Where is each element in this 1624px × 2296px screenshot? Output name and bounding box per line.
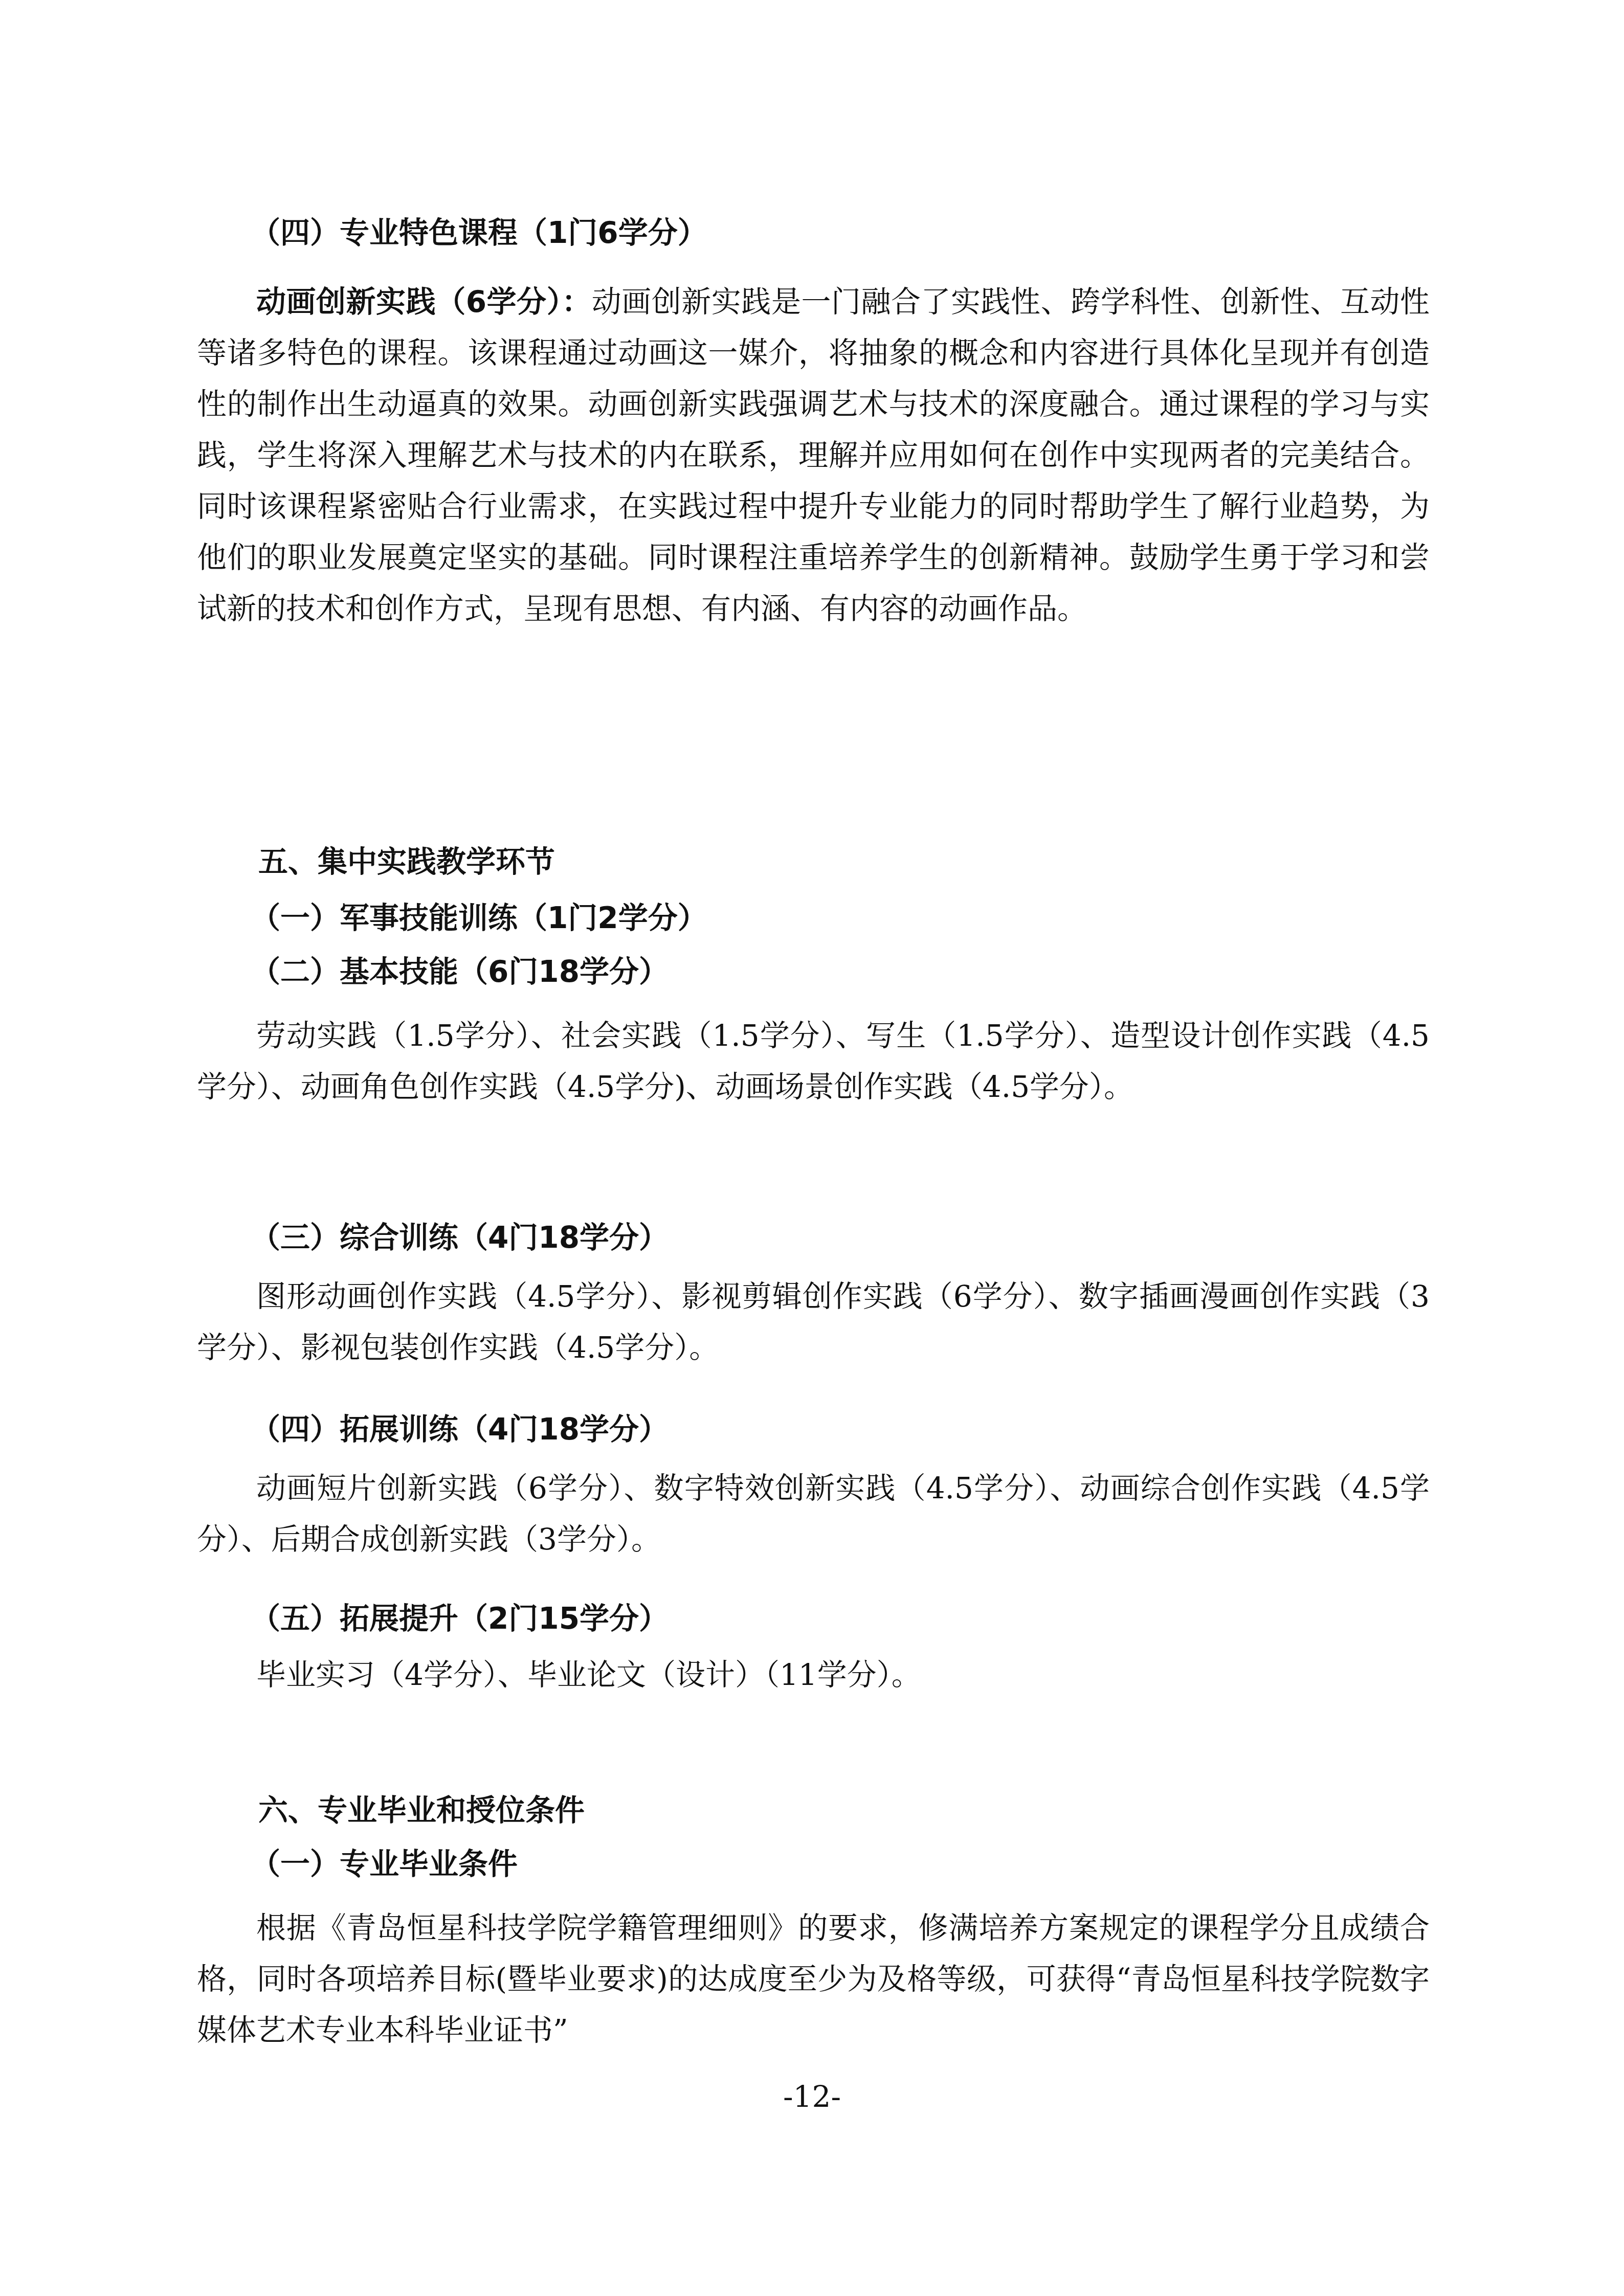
heading-section-five: 五、集中实践教学环节 xyxy=(258,841,555,882)
page-number: -12- xyxy=(0,2076,1624,2117)
paragraph-extension-training: 动画短片创新实践（6学分）、数字特效创新实践（4.5学分）、动画综合创作实践（4… xyxy=(197,1462,1430,1565)
heading-special-course: （四）专业特色课程（1门6学分） xyxy=(251,212,707,253)
paragraph-basic-skills: 劳动实践（1.5学分）、社会实践（1.5学分）、写生（1.5学分）、造型设计创作… xyxy=(197,1010,1430,1112)
heading-military-training: （一）军事技能训练（1门2学分） xyxy=(251,897,707,938)
document-page: （四）专业特色课程（1门6学分） 动画创新实践（6学分）：动画创新实践是一门融合… xyxy=(0,0,1624,2296)
paragraph-extension-improvement: 毕业实习（4学分）、毕业论文（设计）（11学分）。 xyxy=(197,1649,1430,1700)
heading-section-six: 六、专业毕业和授位条件 xyxy=(258,1790,585,1831)
course-name-label: 动画创新实践（6学分）： xyxy=(256,284,592,319)
heading-extension-training: （四）拓展训练（4门18学分） xyxy=(251,1409,669,1450)
paragraph-graduation-conditions: 根据《青岛恒星科技学院学籍管理细则》的要求，修满培养方案规定的课程学分且成绩合格… xyxy=(197,1902,1430,2056)
heading-graduation-conditions: （一）专业毕业条件 xyxy=(251,1843,518,1884)
heading-extension-improvement: （五）拓展提升（2门15学分） xyxy=(251,1598,669,1639)
paragraph-comprehensive-training: 图形动画创作实践（4.5学分）、影视剪辑创作实践（6学分）、数字插画漫画创作实践… xyxy=(197,1271,1430,1373)
paragraph-animation-innovation: 动画创新实践（6学分）：动画创新实践是一门融合了实践性、跨学科性、创新性、互动性… xyxy=(197,276,1430,634)
heading-comprehensive-training: （三）综合训练（4门18学分） xyxy=(251,1217,669,1258)
heading-basic-skills: （二）基本技能（6门18学分） xyxy=(251,951,669,992)
course-description: 动画创新实践是一门融合了实践性、跨学科性、创新性、互动性等诸多特色的课程。该课程… xyxy=(197,284,1430,626)
